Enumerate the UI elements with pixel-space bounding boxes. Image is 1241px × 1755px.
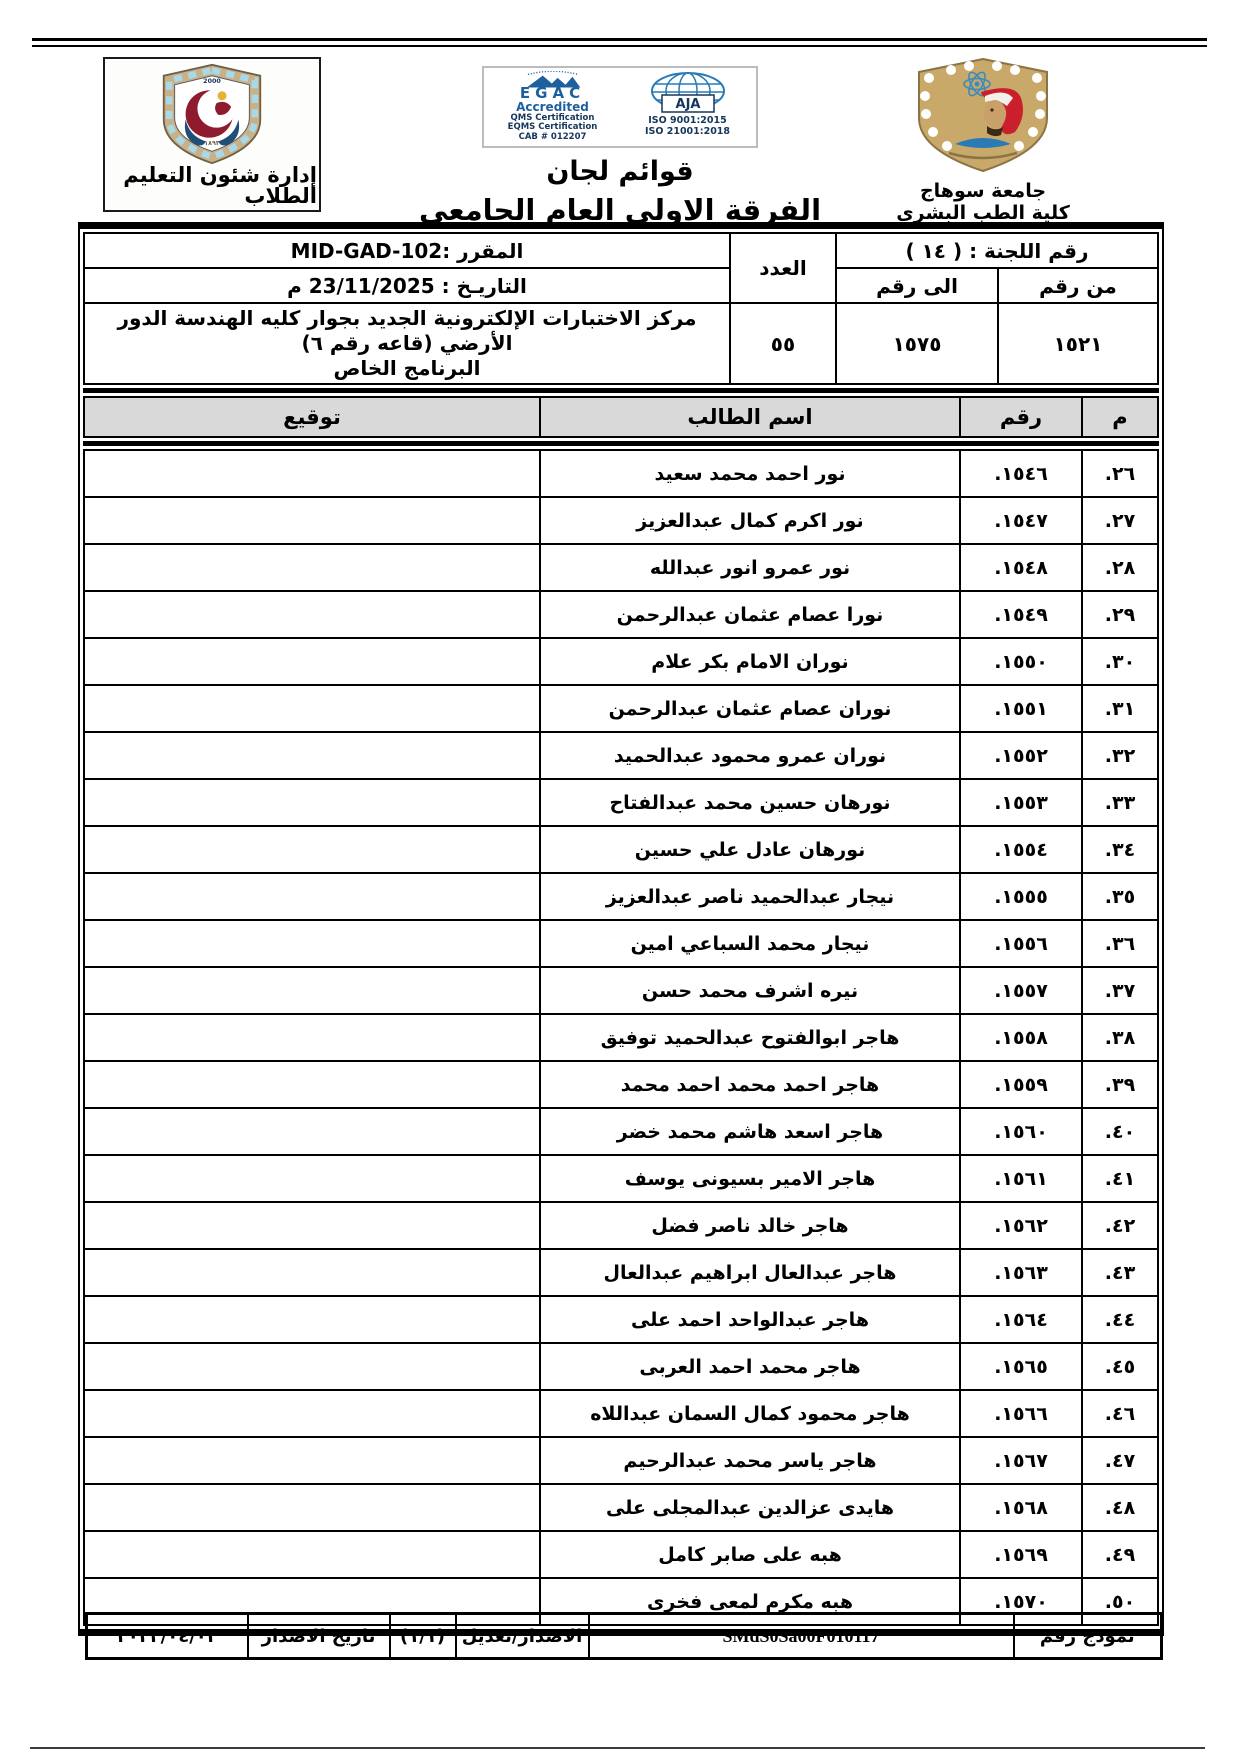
student-number: ١٥٦٩.	[960, 1531, 1082, 1578]
count-label: العدد	[730, 233, 836, 303]
row-index: ٢٨.	[1082, 544, 1158, 591]
row-index: ٢٩.	[1082, 591, 1158, 638]
student-number: ١٥٦٨.	[960, 1484, 1082, 1531]
section-divider	[83, 441, 1159, 446]
row-index: ٣٣.	[1082, 779, 1158, 826]
student-number: ١٥٥٨.	[960, 1014, 1082, 1061]
student-name: هاجر عبدالعال ابراهيم عبدالعال	[540, 1249, 960, 1296]
from-number-label: من رقم	[998, 268, 1158, 303]
row-index: ٣٦.	[1082, 920, 1158, 967]
student-name: نور عمرو انور عبدالله	[540, 544, 960, 591]
exam-location-line1: مركز الاختبارات الإلكترونية الجديد بجوار…	[91, 306, 723, 356]
student-number: ١٥٦٠.	[960, 1108, 1082, 1155]
student-name: هاجر ياسر محمد عبدالرحيم	[540, 1437, 960, 1484]
svg-text:AJA: AJA	[675, 97, 700, 112]
table-row: ٣٣. ١٥٥٣. نورهان حسين محمد عبدالفتاح	[84, 779, 1158, 826]
student-number: ١٥٦٧.	[960, 1437, 1082, 1484]
page-title: قوائم لجان	[380, 156, 860, 187]
student-number: ١٥٥٤.	[960, 826, 1082, 873]
row-index: ٣٢.	[1082, 732, 1158, 779]
row-index: ٣١.	[1082, 685, 1158, 732]
faculty-of-medicine-logo: 2000 ١٨٩٣	[153, 63, 271, 165]
signature-cell	[84, 544, 540, 591]
table-row: ٤٥. ١٥٦٥. هاجر محمد احمد العربى	[84, 1343, 1158, 1390]
student-number: ١٥٤٩.	[960, 591, 1082, 638]
student-name: نورا عصام عثمان عبدالرحمن	[540, 591, 960, 638]
signature-cell	[84, 638, 540, 685]
signature-cell	[84, 1296, 540, 1343]
column-header-name: اسم الطالب	[540, 397, 960, 437]
table-row: ٣٦. ١٥٥٦. نيجار محمد السباعي امين	[84, 920, 1158, 967]
row-index: ٤١.	[1082, 1155, 1158, 1202]
row-index: ٤٦.	[1082, 1390, 1158, 1437]
student-number: ١٥٦٢.	[960, 1202, 1082, 1249]
sohag-university-logo	[899, 56, 1067, 174]
table-row: ٣١. ١٥٥١. نوران عصام عثمان عبدالرحمن	[84, 685, 1158, 732]
row-index: ٤٤.	[1082, 1296, 1158, 1343]
table-row: ٣٠. ١٥٥٠. نوران الامام بكر علام	[84, 638, 1158, 685]
table-row: ٤٩. ١٥٦٩. هبه على صابر كامل	[84, 1531, 1158, 1578]
row-index: ٢٦.	[1082, 450, 1158, 497]
table-row: ٤٦. ١٥٦٦. هاجر محمود كمال السمان عبداللا…	[84, 1390, 1158, 1437]
table-row: ٤١. ١٥٦١. هاجر الامير بسيونى يوسف	[84, 1155, 1158, 1202]
signature-cell	[84, 1531, 540, 1578]
form-number-label: نموذج رقم	[1014, 1614, 1162, 1659]
signature-cell	[84, 497, 540, 544]
row-index: ٤٩.	[1082, 1531, 1158, 1578]
signature-cell	[84, 1014, 540, 1061]
aja-globe-icon: AJA	[646, 71, 730, 115]
signature-cell	[84, 1061, 540, 1108]
row-index: ٣٩.	[1082, 1061, 1158, 1108]
student-name: نور احمد محمد سعيد	[540, 450, 960, 497]
table-row: ٣٥. ١٥٥٥. نيجار عبدالحميد ناصر عبدالعزيز	[84, 873, 1158, 920]
from-number-value: ١٥٢١	[998, 303, 1158, 384]
student-name: نيجار عبدالحميد ناصر عبدالعزيز	[540, 873, 960, 920]
student-name: هاجر خالد ناصر فضل	[540, 1202, 960, 1249]
table-row: ٣٢. ١٥٥٢. نوران عمرو محمود عبدالحميد	[84, 732, 1158, 779]
to-number-label: الى رقم	[836, 268, 998, 303]
student-name: نوران عمرو محمود عبدالحميد	[540, 732, 960, 779]
committee-table-frame: رقم اللجنة : ( ١٤ ) العدد المقرر :MID-GA…	[78, 222, 1164, 1636]
student-name: هاجر عبدالواحد احمد على	[540, 1296, 960, 1343]
egac-name: EGAC	[520, 86, 585, 101]
row-index: ٤٧.	[1082, 1437, 1158, 1484]
aja-iso-line: ISO 9001:2015	[648, 115, 726, 126]
table-row: ٤٣. ١٥٦٣. هاجر عبدالعال ابراهيم عبدالعال	[84, 1249, 1158, 1296]
exam-date: التاريـخ : 23/11/2025 م	[84, 268, 730, 303]
aja-iso-line: ISO 21001:2018	[645, 126, 730, 137]
signature-cell	[84, 732, 540, 779]
student-name: هاجر اسعد هاشم محمد خضر	[540, 1108, 960, 1155]
university-name: جامعة سوهاج	[868, 180, 1098, 203]
signature-cell	[84, 1484, 540, 1531]
student-number: ١٥٥٩.	[960, 1061, 1082, 1108]
university-logo-block: جامعة سوهاج كلية الطب البشرى	[868, 56, 1098, 225]
signature-cell	[84, 779, 540, 826]
signature-cell	[84, 920, 540, 967]
issue-label: الاصدار/تعديل	[456, 1614, 589, 1659]
student-number: ١٥٦٥.	[960, 1343, 1082, 1390]
table-row: ٢٨. ١٥٤٨. نور عمرو انور عبدالله	[84, 544, 1158, 591]
student-number: ١٥٥٠.	[960, 638, 1082, 685]
student-name: هبه على صابر كامل	[540, 1531, 960, 1578]
table-row: ٣٨. ١٥٥٨. هاجر ابوالفتوح عبدالحميد توفيق	[84, 1014, 1158, 1061]
student-number: ١٥٦١.	[960, 1155, 1082, 1202]
count-value: ٥٥	[730, 303, 836, 384]
egac-cert-line: CAB # 012207	[519, 133, 587, 143]
student-number: ١٥٤٧.	[960, 497, 1082, 544]
table-row: ٢٦. ١٥٤٦. نور احمد محمد سعيد	[84, 450, 1158, 497]
student-name: هاجر احمد محمد احمد محمد	[540, 1061, 960, 1108]
student-name: هاجر ابوالفتوح عبدالحميد توفيق	[540, 1014, 960, 1061]
issue-date-label: تاريخ الاصدار	[248, 1614, 390, 1659]
form-number-value: SMdS0Sa00F010117	[589, 1614, 1014, 1659]
committee-info-table: رقم اللجنة : ( ١٤ ) العدد المقرر :MID-GA…	[83, 232, 1159, 385]
row-index: ٤٣.	[1082, 1249, 1158, 1296]
top-divider	[32, 38, 1207, 47]
egac-accredited-label: Accredited	[516, 101, 589, 114]
bottom-divider	[30, 1747, 1205, 1749]
student-number: ١٥٥٣.	[960, 779, 1082, 826]
row-index: ٣٤.	[1082, 826, 1158, 873]
row-index: ٣٨.	[1082, 1014, 1158, 1061]
form-footer-table: نموذج رقم SMdS0Sa00F010117 الاصدار/تعديل…	[85, 1612, 1163, 1660]
column-header-signature: توقيع	[84, 397, 540, 437]
signature-cell	[84, 1108, 540, 1155]
signature-cell	[84, 1155, 540, 1202]
table-row: ٤٨. ١٥٦٨. هايدى عزالدين عبدالمجلى على	[84, 1484, 1158, 1531]
svg-text:١٨٩٣: ١٨٩٣	[204, 139, 220, 147]
signature-cell	[84, 1343, 540, 1390]
student-number: ١٥٥٥.	[960, 873, 1082, 920]
student-name: نوران عصام عثمان عبدالرحمن	[540, 685, 960, 732]
table-row: ٢٧. ١٥٤٧. نور اكرم كمال عبدالعزيز	[84, 497, 1158, 544]
student-name: نوران الامام بكر علام	[540, 638, 960, 685]
accreditation-box: EGAC Accredited QMS Certification EQMS C…	[482, 66, 758, 148]
student-number: ١٥٥٧.	[960, 967, 1082, 1014]
student-number: ١٥٤٦.	[960, 450, 1082, 497]
exam-location-line2: البرنامج الخاص	[91, 356, 723, 381]
table-row: ٤٤. ١٥٦٤. هاجر عبدالواحد احمد على	[84, 1296, 1158, 1343]
course-code: المقرر :MID-GAD-102	[84, 233, 730, 268]
student-number: ١٥٦٤.	[960, 1296, 1082, 1343]
student-name: هاجر محمود كمال السمان عبداللاه	[540, 1390, 960, 1437]
row-index: ٤٠.	[1082, 1108, 1158, 1155]
student-number: ١٥٦٦.	[960, 1390, 1082, 1437]
signature-cell	[84, 1202, 540, 1249]
row-index: ٢٧.	[1082, 497, 1158, 544]
student-name: هايدى عزالدين عبدالمجلى على	[540, 1484, 960, 1531]
student-name: هاجر الامير بسيونى يوسف	[540, 1155, 960, 1202]
aja-logo: AJA ISO 9001:2015 ISO 21001:2018	[623, 71, 752, 143]
committee-list-document: 2000 ١٨٩٣ إدارة شئون التعليم الطلاب EGAC…	[0, 0, 1241, 1755]
student-affairs-logo-box: 2000 ١٨٩٣ إدارة شئون التعليم الطلاب	[103, 57, 321, 212]
svg-text:2000: 2000	[203, 77, 221, 85]
student-name: نور اكرم كمال عبدالعزيز	[540, 497, 960, 544]
committee-number: رقم اللجنة : ( ١٤ )	[836, 233, 1158, 268]
table-row: ٢٩. ١٥٤٩. نورا عصام عثمان عبدالرحمن	[84, 591, 1158, 638]
signature-cell	[84, 591, 540, 638]
exam-location: مركز الاختبارات الإلكترونية الجديد بجوار…	[84, 303, 730, 384]
row-index: ٣٥.	[1082, 873, 1158, 920]
to-number-value: ١٥٧٥	[836, 303, 998, 384]
students-table-header: م رقم اسم الطالب توقيع	[83, 396, 1159, 438]
signature-cell	[84, 450, 540, 497]
table-row: ٤٧. ١٥٦٧. هاجر ياسر محمد عبدالرحيم	[84, 1437, 1158, 1484]
column-header-number: رقم	[960, 397, 1082, 437]
signature-cell	[84, 967, 540, 1014]
student-number: ١٥٤٨.	[960, 544, 1082, 591]
table-row: ٤٠. ١٥٦٠. هاجر اسعد هاشم محمد خضر	[84, 1108, 1158, 1155]
section-divider	[83, 388, 1159, 393]
student-number: ١٥٥١.	[960, 685, 1082, 732]
student-name: نيجار محمد السباعي امين	[540, 920, 960, 967]
students-table: ٢٦. ١٥٤٦. نور احمد محمد سعيد ٢٧. ١٥٤٧. ن…	[83, 449, 1159, 1626]
egac-logo: EGAC Accredited QMS Certification EQMS C…	[488, 71, 617, 143]
row-index: ٣٠.	[1082, 638, 1158, 685]
signature-cell	[84, 1249, 540, 1296]
issue-value: (١/١)	[390, 1614, 456, 1659]
row-index: ٤٨.	[1082, 1484, 1158, 1531]
student-affairs-caption: إدارة شئون التعليم الطلاب	[107, 165, 317, 207]
signature-cell	[84, 1390, 540, 1437]
row-index: ٤٥.	[1082, 1343, 1158, 1390]
row-index: ٤٢.	[1082, 1202, 1158, 1249]
student-number: ١٥٥٦.	[960, 920, 1082, 967]
column-header-index: م	[1082, 397, 1158, 437]
signature-cell	[84, 685, 540, 732]
issue-date-value: ٢٠٢٢/٠٤/٠٣	[87, 1614, 248, 1659]
table-row: ٣٤. ١٥٥٤. نورهان عادل علي حسين	[84, 826, 1158, 873]
signature-cell	[84, 1437, 540, 1484]
student-name: نورهان حسين محمد عبدالفتاح	[540, 779, 960, 826]
table-row: ٣٩. ١٥٥٩. هاجر احمد محمد احمد محمد	[84, 1061, 1158, 1108]
table-row: ٤٢. ١٥٦٢. هاجر خالد ناصر فضل	[84, 1202, 1158, 1249]
student-name: هاجر محمد احمد العربى	[540, 1343, 960, 1390]
student-name: نورهان عادل علي حسين	[540, 826, 960, 873]
student-name: نيره اشرف محمد حسن	[540, 967, 960, 1014]
student-number: ١٥٥٢.	[960, 732, 1082, 779]
row-index: ٣٧.	[1082, 967, 1158, 1014]
student-number: ١٥٦٣.	[960, 1249, 1082, 1296]
signature-cell	[84, 873, 540, 920]
table-row: ٣٧. ١٥٥٧. نيره اشرف محمد حسن	[84, 967, 1158, 1014]
signature-cell	[84, 826, 540, 873]
